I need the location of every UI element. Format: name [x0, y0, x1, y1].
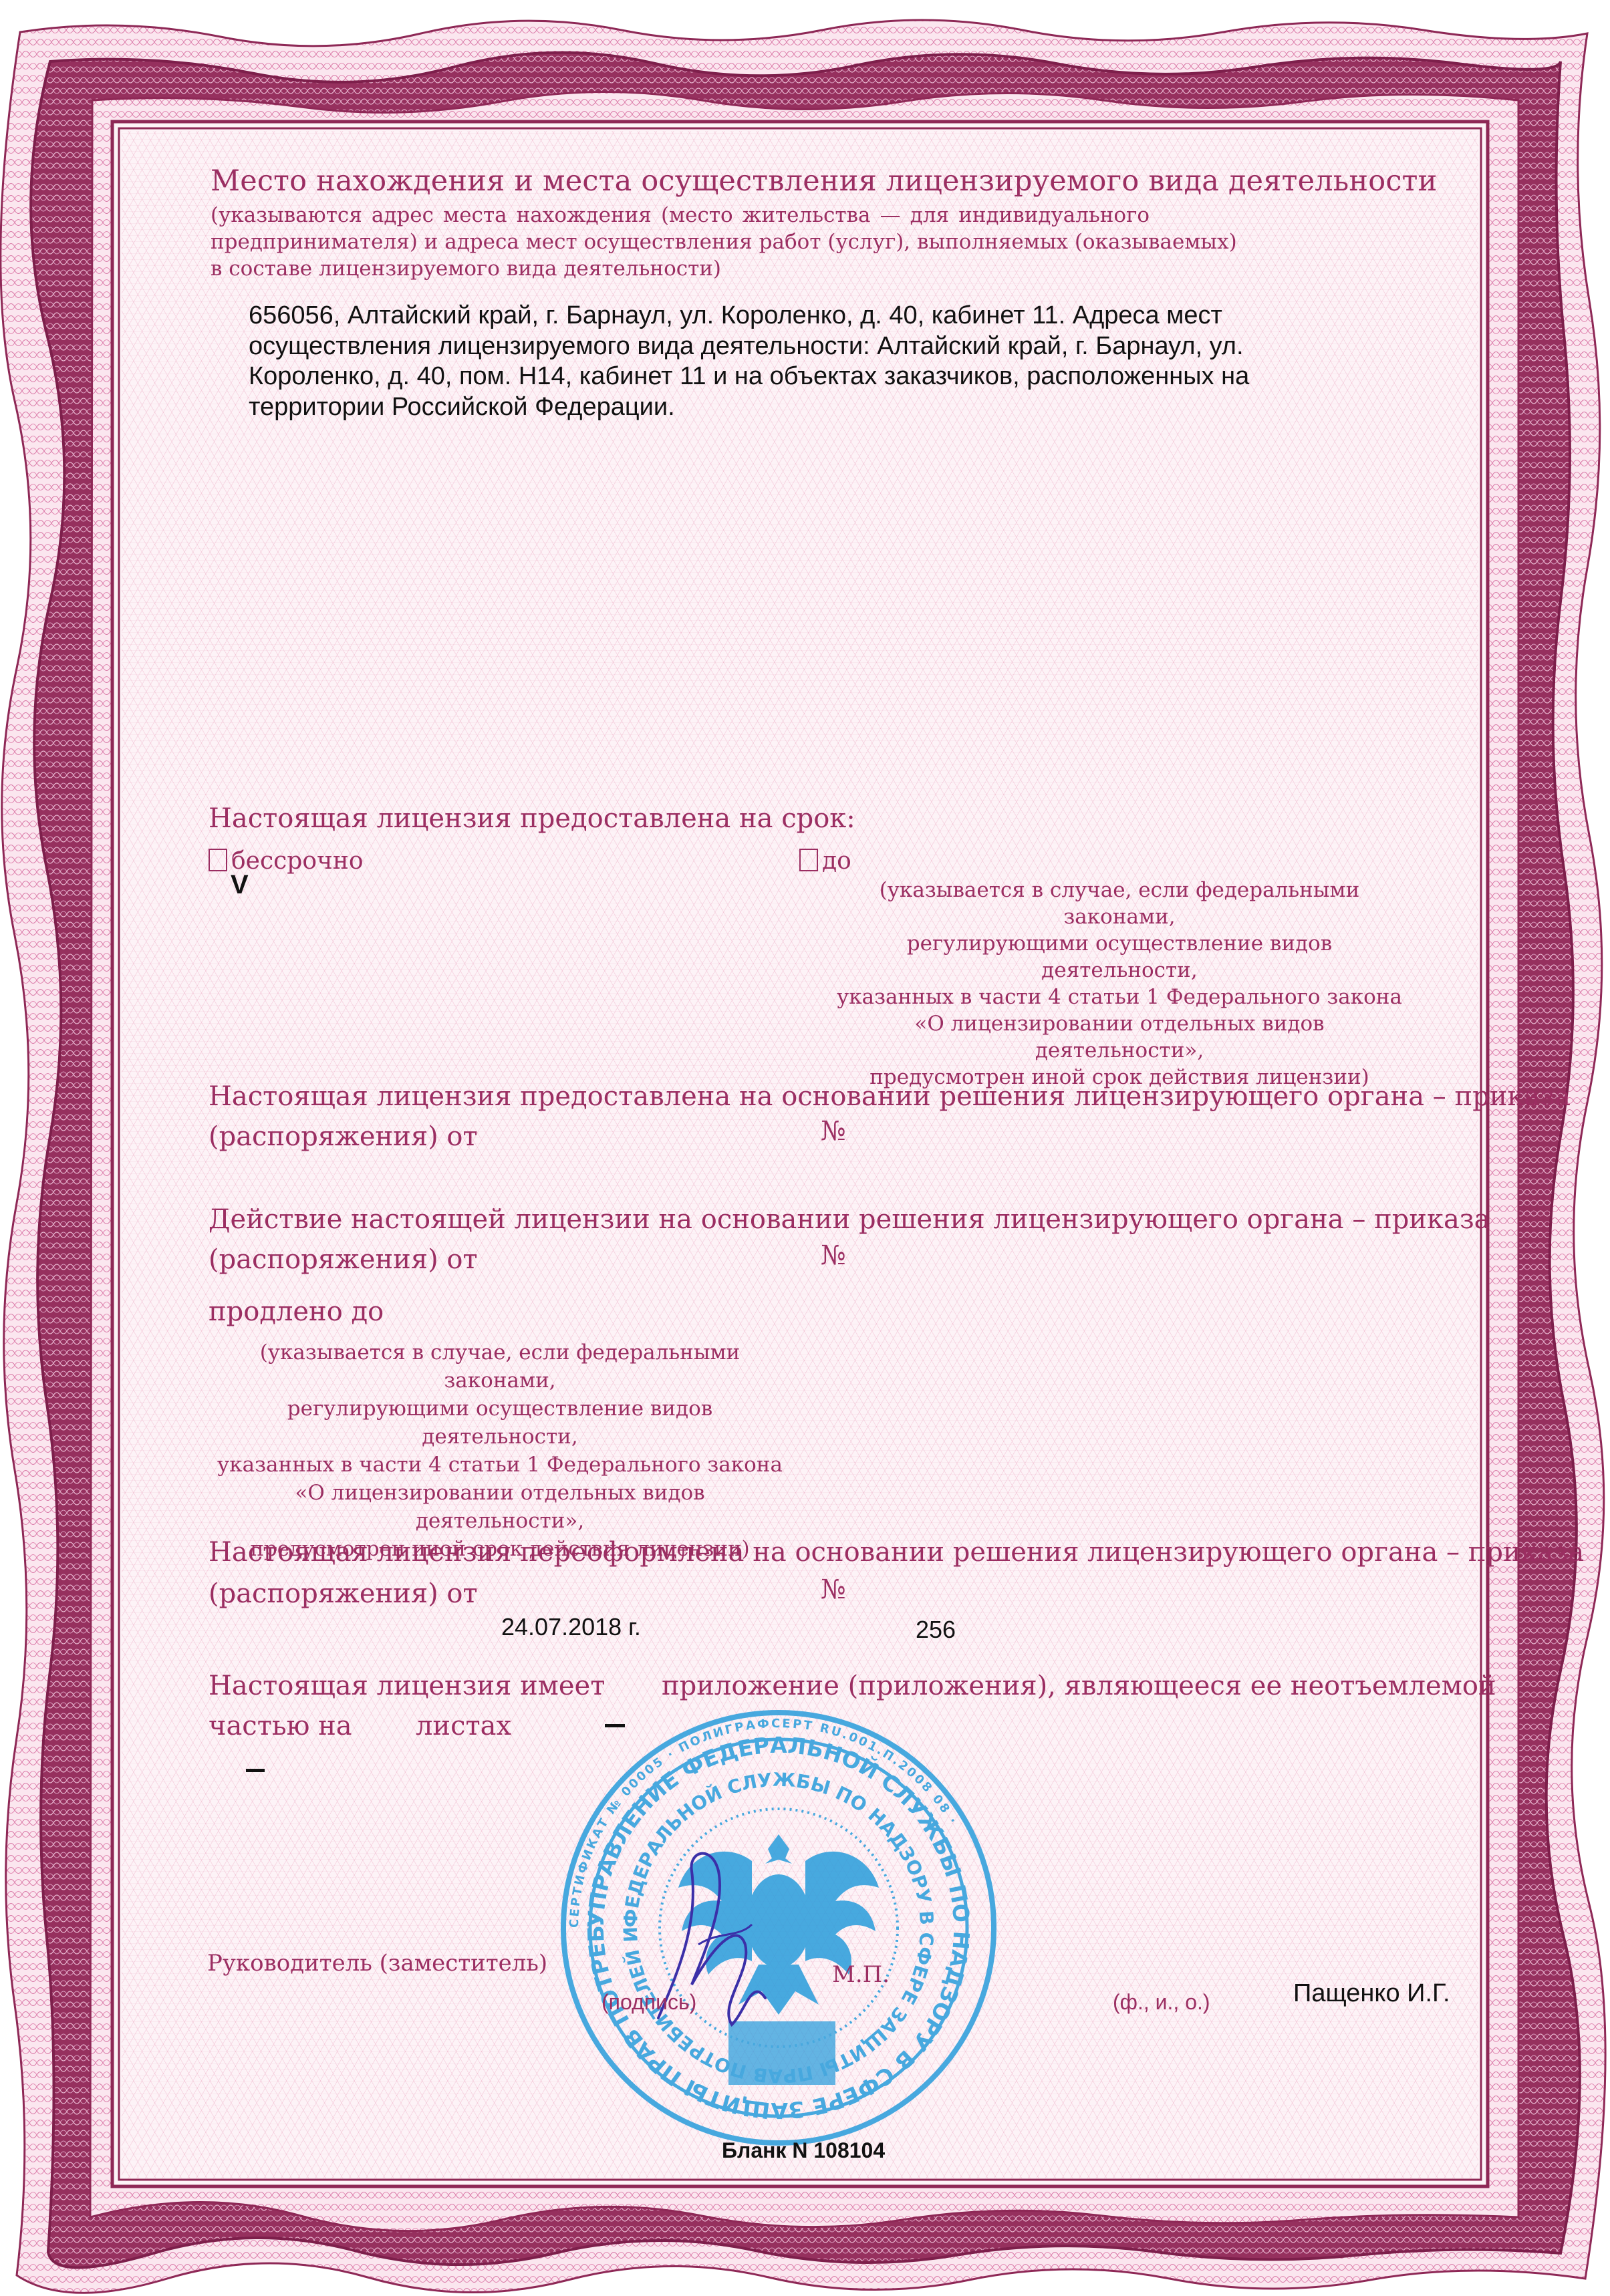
- location-note-line-1: (указываются адрес места нахождения (мес…: [211, 202, 1150, 229]
- extension-number-label: №: [821, 1240, 846, 1271]
- appendix-line-2a: частью на: [209, 1711, 352, 1741]
- extension-note-line-4: «О лицензировании отдельных видов деятел…: [213, 1479, 787, 1535]
- until-note-line-1: (указывается в случае, если федеральными…: [829, 877, 1410, 930]
- until-note-line-4: «О лицензировании отдельных видов деятел…: [829, 1010, 1410, 1064]
- until-note: (указывается в случае, если федеральными…: [829, 877, 1410, 1091]
- term-title: Настоящая лицензия предоставлена на срок…: [209, 803, 855, 834]
- location-title: Место нахождения и места осуществления л…: [211, 164, 1437, 198]
- basis-line-1: Настоящая лицензия предоставлена на осно…: [209, 1081, 1422, 1112]
- appendix-part-1: Настоящая лицензия имеет: [209, 1671, 605, 1701]
- signature-caption: (подпись): [601, 1990, 696, 2015]
- blank-number: Бланк N 108104: [722, 2138, 885, 2163]
- reissue-line-2: (распоряжения) от: [209, 1578, 478, 1609]
- extension-note-line-1: (указывается в случае, если федеральными…: [213, 1338, 787, 1395]
- label-indefinite: бессрочно: [231, 847, 364, 875]
- position-label: Руководитель (заместитель): [207, 1950, 547, 1977]
- basis-line-2: (распоряжения) от: [209, 1121, 478, 1152]
- extension-line-2: (распоряжения) от: [209, 1244, 478, 1275]
- until-note-line-3: указанных в части 4 статьи 1 Федеральног…: [829, 984, 1410, 1010]
- reissue-number-value: 256: [916, 1616, 956, 1644]
- extension-note: (указывается в случае, если федеральными…: [213, 1338, 787, 1563]
- seal-label: М.П.: [832, 1961, 890, 1988]
- checkbox-until[interactable]: [799, 849, 818, 871]
- reissue-number-label: №: [821, 1574, 846, 1605]
- location-note-line-3: в составе лицензируемого вида деятельнос…: [211, 255, 721, 282]
- extension-note-line-3: указанных в части 4 статьи 1 Федеральног…: [213, 1451, 787, 1479]
- address-line-2: осуществления лицензируемого вида деятел…: [249, 331, 1244, 362]
- until-note-line-2: регулирующими осуществление видов деятел…: [829, 930, 1410, 984]
- address-line-1: 656056, Алтайский край, г. Барнаул, ул. …: [249, 301, 1222, 331]
- checkbox-indefinite[interactable]: [209, 849, 227, 871]
- reissue-line-1: Настоящая лицензия переоформлена на осно…: [209, 1537, 1422, 1568]
- extension-line-1: Действие настоящей лицензии на основании…: [209, 1204, 1422, 1235]
- address-line-3: Короленко, д. 40, пом. Н14, кабинет 11 и…: [249, 362, 1249, 392]
- signatory-name: Пащенко И.Г.: [1293, 1979, 1450, 2008]
- address-line-4: территории Российской Федерации.: [249, 392, 675, 423]
- label-until: до: [822, 847, 851, 875]
- term-option-until[interactable]: до: [799, 847, 851, 875]
- extended-until-label: продлено до: [209, 1296, 384, 1327]
- appendix-part-2: приложение (приложения), являющееся ее н…: [662, 1671, 1422, 1701]
- license-page: Место нахождения и места осуществления л…: [0, 0, 1610, 2296]
- sheets-count-dash: [246, 1769, 265, 1772]
- appendix-line-2b: листах: [416, 1711, 511, 1741]
- check-mark-v: V: [231, 870, 249, 900]
- basis-number-label: №: [821, 1116, 846, 1147]
- location-note-line-2: предпринимателя) и адреса мест осуществл…: [211, 229, 1150, 255]
- name-caption: (ф., и., о.): [1113, 1990, 1210, 2015]
- extension-note-line-2: регулирующими осуществление видов деятел…: [213, 1395, 787, 1451]
- reissue-date-value: 24.07.2018 г.: [501, 1613, 641, 1641]
